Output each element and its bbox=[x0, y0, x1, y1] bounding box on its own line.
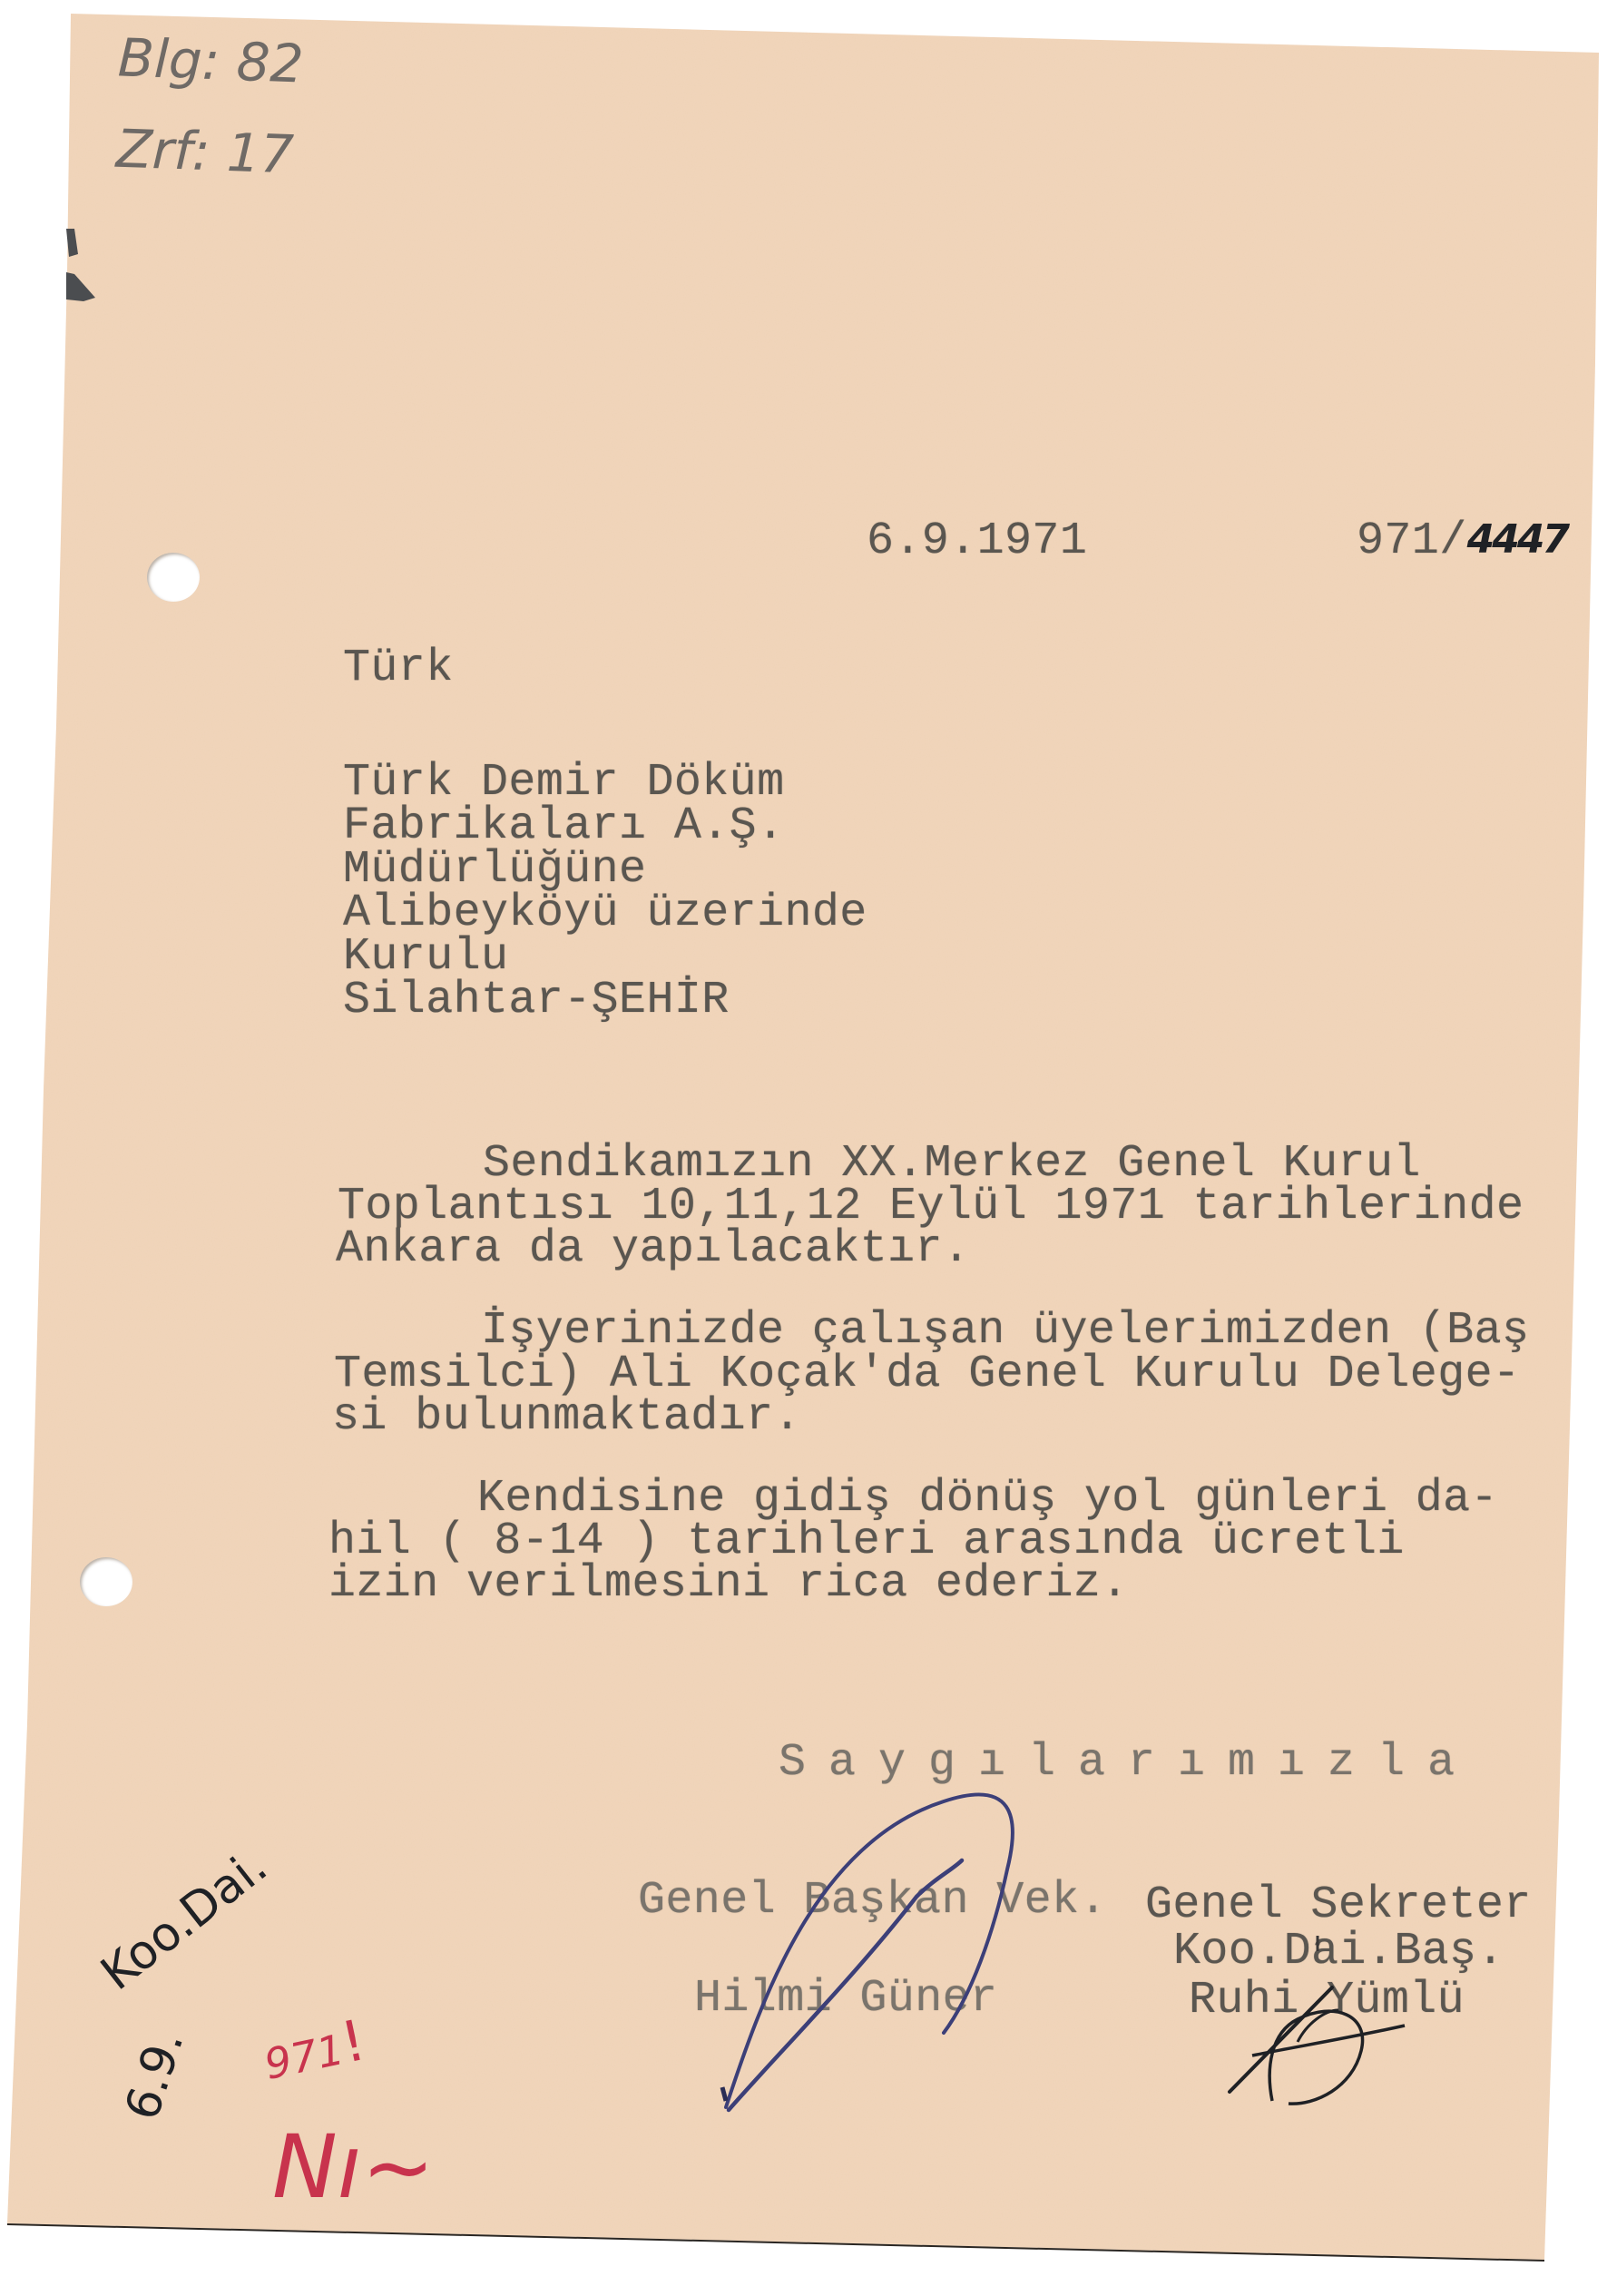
reference-typed: 971/ bbox=[1357, 515, 1467, 567]
address-line: Türk Demir Döküm bbox=[343, 760, 784, 806]
signatory-title: Koo.Dai.Baş. bbox=[1173, 1929, 1504, 1975]
reference-handwritten: 4447 bbox=[1467, 516, 1567, 563]
margin-note-initials: Nı~ bbox=[272, 2124, 435, 2211]
address-line: Silahtar-ŞEHİR bbox=[343, 978, 730, 1024]
address-line: Müdürlüğüne bbox=[343, 848, 646, 893]
address-line: Fabrikaları A.Ş. bbox=[343, 804, 784, 849]
reference-number: 971/4447 bbox=[1357, 519, 1567, 564]
body-line: İşyerinizde çalışan üyelerimizden (Baş bbox=[481, 1309, 1529, 1354]
archive-mark-box: Blg: 82 bbox=[117, 31, 304, 90]
punch-hole-bottom bbox=[80, 1557, 132, 1606]
signatory-name: Ruhi Yümlü bbox=[1189, 1978, 1465, 2024]
letter-date: 6.9.1971 bbox=[867, 519, 1087, 564]
closing-salutation: Saygılarımızla bbox=[779, 1741, 1477, 1786]
signatory-title: Genel Sekreter bbox=[1145, 1883, 1532, 1928]
signatory-name: Hilmi Güner bbox=[694, 1977, 997, 2022]
address-line: Alibeyköyü üzerinde bbox=[343, 891, 867, 937]
recipient-heading: Türk bbox=[343, 646, 454, 692]
body-line: izin verilmesini rica ederiz. bbox=[328, 1562, 1129, 1607]
archive-mark-folder: Zrf: 17 bbox=[115, 123, 295, 182]
body-line: Ankara da yapılacaktır. bbox=[336, 1227, 970, 1272]
body-line: si bulunmaktadır. bbox=[332, 1395, 801, 1440]
address-line: Kurulu bbox=[343, 935, 508, 980]
signatory-title: Genel Başkan Vek. bbox=[638, 1879, 1107, 1924]
punch-hole-top bbox=[147, 553, 200, 602]
